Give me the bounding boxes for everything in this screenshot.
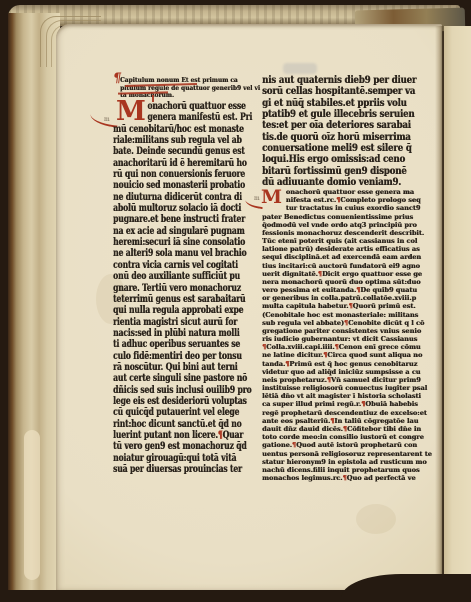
text-line: lētiā dn̄o vt ait magister ī historia sc…: [262, 392, 429, 400]
text-line: rū qui non conuersionis feruore: [113, 169, 261, 180]
text-line: videtur quo ad aliq̄d iniciūz sumpsisse …: [262, 368, 429, 376]
text-line: instituisse religiosorū conuectus iugite…: [262, 384, 429, 392]
text-line: tes:et per oīa deteriores sarabai: [262, 120, 426, 131]
text-line: Tūc etenī poterit quis (ait cassianus in…: [262, 237, 429, 245]
text-line: luerint putant non licere.¶Quar: [113, 430, 261, 441]
text-line: rint:hoc dicunt sanctū.et q̄d no: [113, 419, 261, 430]
text-line: culo fidē:mentiri deo per tonsu: [113, 351, 261, 362]
text-line: statur hieronym9 in epistola ad rusticum…: [262, 458, 429, 466]
text-line: onū deo auxiliante sufficiūt pu: [113, 271, 261, 282]
text-line: cū quicq̄d putauerint vel elege: [113, 407, 261, 418]
text-line: bitarū fortissimū gen9 disponē: [262, 166, 426, 177]
text-line: ca super illud primi regū.r.¶Obuiā habeb…: [262, 400, 429, 408]
text-line: gatione.¶Quod autē istorū prophetarū con: [262, 441, 429, 449]
text-line: rientia magistri sicut aurū for: [113, 317, 261, 328]
text-line: pugnare.et bene instructi frater: [113, 214, 261, 225]
text-line: mū cenobitarū/hoc est monaste: [113, 124, 261, 135]
text-line: conuersatione meli9 est silere q̄: [262, 143, 426, 154]
text-line: nacis:sed in plūbi natura molli: [113, 328, 261, 339]
text-line: regē prophetarū descendentiuz de excelso…: [262, 409, 429, 417]
text-line: nera monachorū quorū duo optima sūt:duo: [262, 278, 429, 286]
text-line: ptatib9 et gule illecebris seruien: [262, 109, 426, 120]
text-line: contra vicia carnis vel cogitati: [113, 260, 261, 271]
text-line: teterrimū genus est sarabaitarū: [113, 294, 261, 305]
foxing-stain: [356, 504, 396, 534]
right-commentary-column: onachorū quattuor esse genera manifesta …: [262, 188, 429, 482]
text-line: gi et nūq̄ stabiles.et ppriis volu: [262, 98, 426, 109]
text-line: neis prophetaruz.¶Vn̄ samuel dicitur pri…: [262, 376, 429, 384]
text-line: dñicis sed suis inclusi ouilib9 pro: [113, 385, 261, 396]
text-line: riale:militans sub regula vel ab: [113, 135, 261, 146]
text-line: (Cenobitale hoc est monasteriale: milita…: [262, 311, 429, 319]
text-line: ne diuturna didicerūt contra di: [113, 192, 261, 203]
text-line: nouicio sed monasterii probatio: [113, 180, 261, 191]
text-line: nifesta est.rc.¶Completo prologo seq: [262, 196, 429, 204]
text-line: dū adiuuante domio veniam9.: [262, 177, 426, 188]
text-line: ante eos psalteriū.¶In taliū cōgregatōe …: [262, 417, 429, 425]
text-line: suā per diuersas prouincias ter: [113, 464, 261, 475]
manuscript-page: ¶ Capitulum nonum Et est primum capitulu…: [56, 24, 442, 590]
text-line: fessionis monachoruz descenderit describ…: [262, 229, 429, 237]
text-line: ris iudicio gubernantur: vt dicit Cassia…: [262, 335, 429, 343]
text-line: ne latine dicitur.¶Circa quod sunt aliqu…: [262, 351, 429, 359]
text-line: na ex acie ad singularē pugnam: [113, 226, 261, 237]
text-line: uerit dignitatē.¶Dicit ergo quattuor ess…: [262, 270, 429, 278]
right-text-column-large: nis aut quaternis dieb9 per diuersorū ce…: [262, 75, 426, 188]
text-line: ti adhuc operibus seruantes se: [113, 339, 261, 350]
text-line: vero pessima et euitanda.¶De quib9 quatu: [262, 286, 429, 294]
text-line: tis.de quorū oīz horū miserrima: [262, 132, 426, 143]
text-line: abolū multoruz solacio iā docti: [113, 203, 261, 214]
text-line: multa capitula habetur.¶Quorū primū est.: [262, 302, 429, 310]
text-line: lege eis est desideriorū voluptas: [113, 396, 261, 407]
text-line: latione patrū) desiderate artis efficati…: [262, 245, 429, 253]
text-line: bate. Deinde secundū genus est: [113, 146, 261, 157]
text-line: q̄odmodū vel vnde ordo atq3 principiū pr…: [262, 221, 429, 229]
text-line: gnare. Tertiū vero monachoruz: [113, 283, 261, 294]
text-line: sorū cellas hospitantē.semper va: [262, 86, 426, 97]
book-fore-edge-highlight: [24, 430, 40, 580]
left-text-column: onachorū quattuor essegenera manifestū e…: [113, 101, 261, 475]
text-line: tius incitari:cū auctorū fundatorū ei9 a…: [262, 262, 429, 270]
text-line: onachorū quattuor esse: [113, 101, 261, 112]
text-line: nachū dicens.filii inquit prophetarum qu…: [262, 466, 429, 474]
text-line: sequi disciplinā.et ad exercendā eam ard…: [262, 253, 429, 261]
text-line: ne alteri9 sola manu vel brachio: [113, 248, 261, 259]
text-line: loqui.His ergo omissis:ad ceno: [262, 154, 426, 165]
text-line: ¶Colla.xviii.capi.iiii.¶Cenon enī grece …: [262, 343, 429, 351]
text-line: monachos legimus.rc.¶Quo ad perfectā ve: [262, 474, 429, 482]
text-line: anachoritarū id ē heremitarū ho: [113, 158, 261, 169]
book-photograph: ¶ Capitulum nonum Et est primum capitulu…: [0, 0, 471, 602]
text-line: gregatione pariter consistentes vnius se…: [262, 327, 429, 335]
text-line: tur tractatus in cuius exordio sanct9: [262, 204, 429, 212]
text-line: aut certe singuli sine pastore nō: [113, 373, 261, 384]
text-line: sub regula vel abbate)¶Cenobite dicūt q …: [262, 319, 429, 327]
ink-showthrough-smudge: [283, 63, 317, 74]
text-line: dauit dn̄z dauid dicēs.¶Cōfitebor tibi d…: [262, 425, 429, 433]
text-line: nis aut quaternis dieb9 per diuer: [262, 75, 426, 86]
text-line: uentus personā religiosoruz representare…: [262, 450, 429, 458]
text-line: heremi:securi iā sine consolatio: [113, 237, 261, 248]
text-line: tū vero gen9 est monachoruz q̄d: [113, 441, 261, 452]
facing-page-edge: [444, 26, 471, 586]
text-line: qui nulla regula approbati expe: [113, 305, 261, 316]
text-line: or generibus in colla.patrū.collatōe.xvi…: [262, 294, 429, 302]
text-line: pater Benedictus conuenientissime prius: [262, 213, 429, 221]
text-line: onachorū quattuor esse genera ma: [262, 188, 429, 196]
text-line: tanda.¶Primū est q̄ hoc genus cenobitaru…: [262, 360, 429, 368]
text-line: toto corde meo:in consilio iustorū et co…: [262, 433, 429, 441]
text-line: rā noscūtur. Qui bini aut terni: [113, 362, 261, 373]
text-line: genera manifestū est. Pri: [113, 112, 261, 123]
text-line: noiatur girouagū:qui totā vitā: [113, 453, 261, 464]
